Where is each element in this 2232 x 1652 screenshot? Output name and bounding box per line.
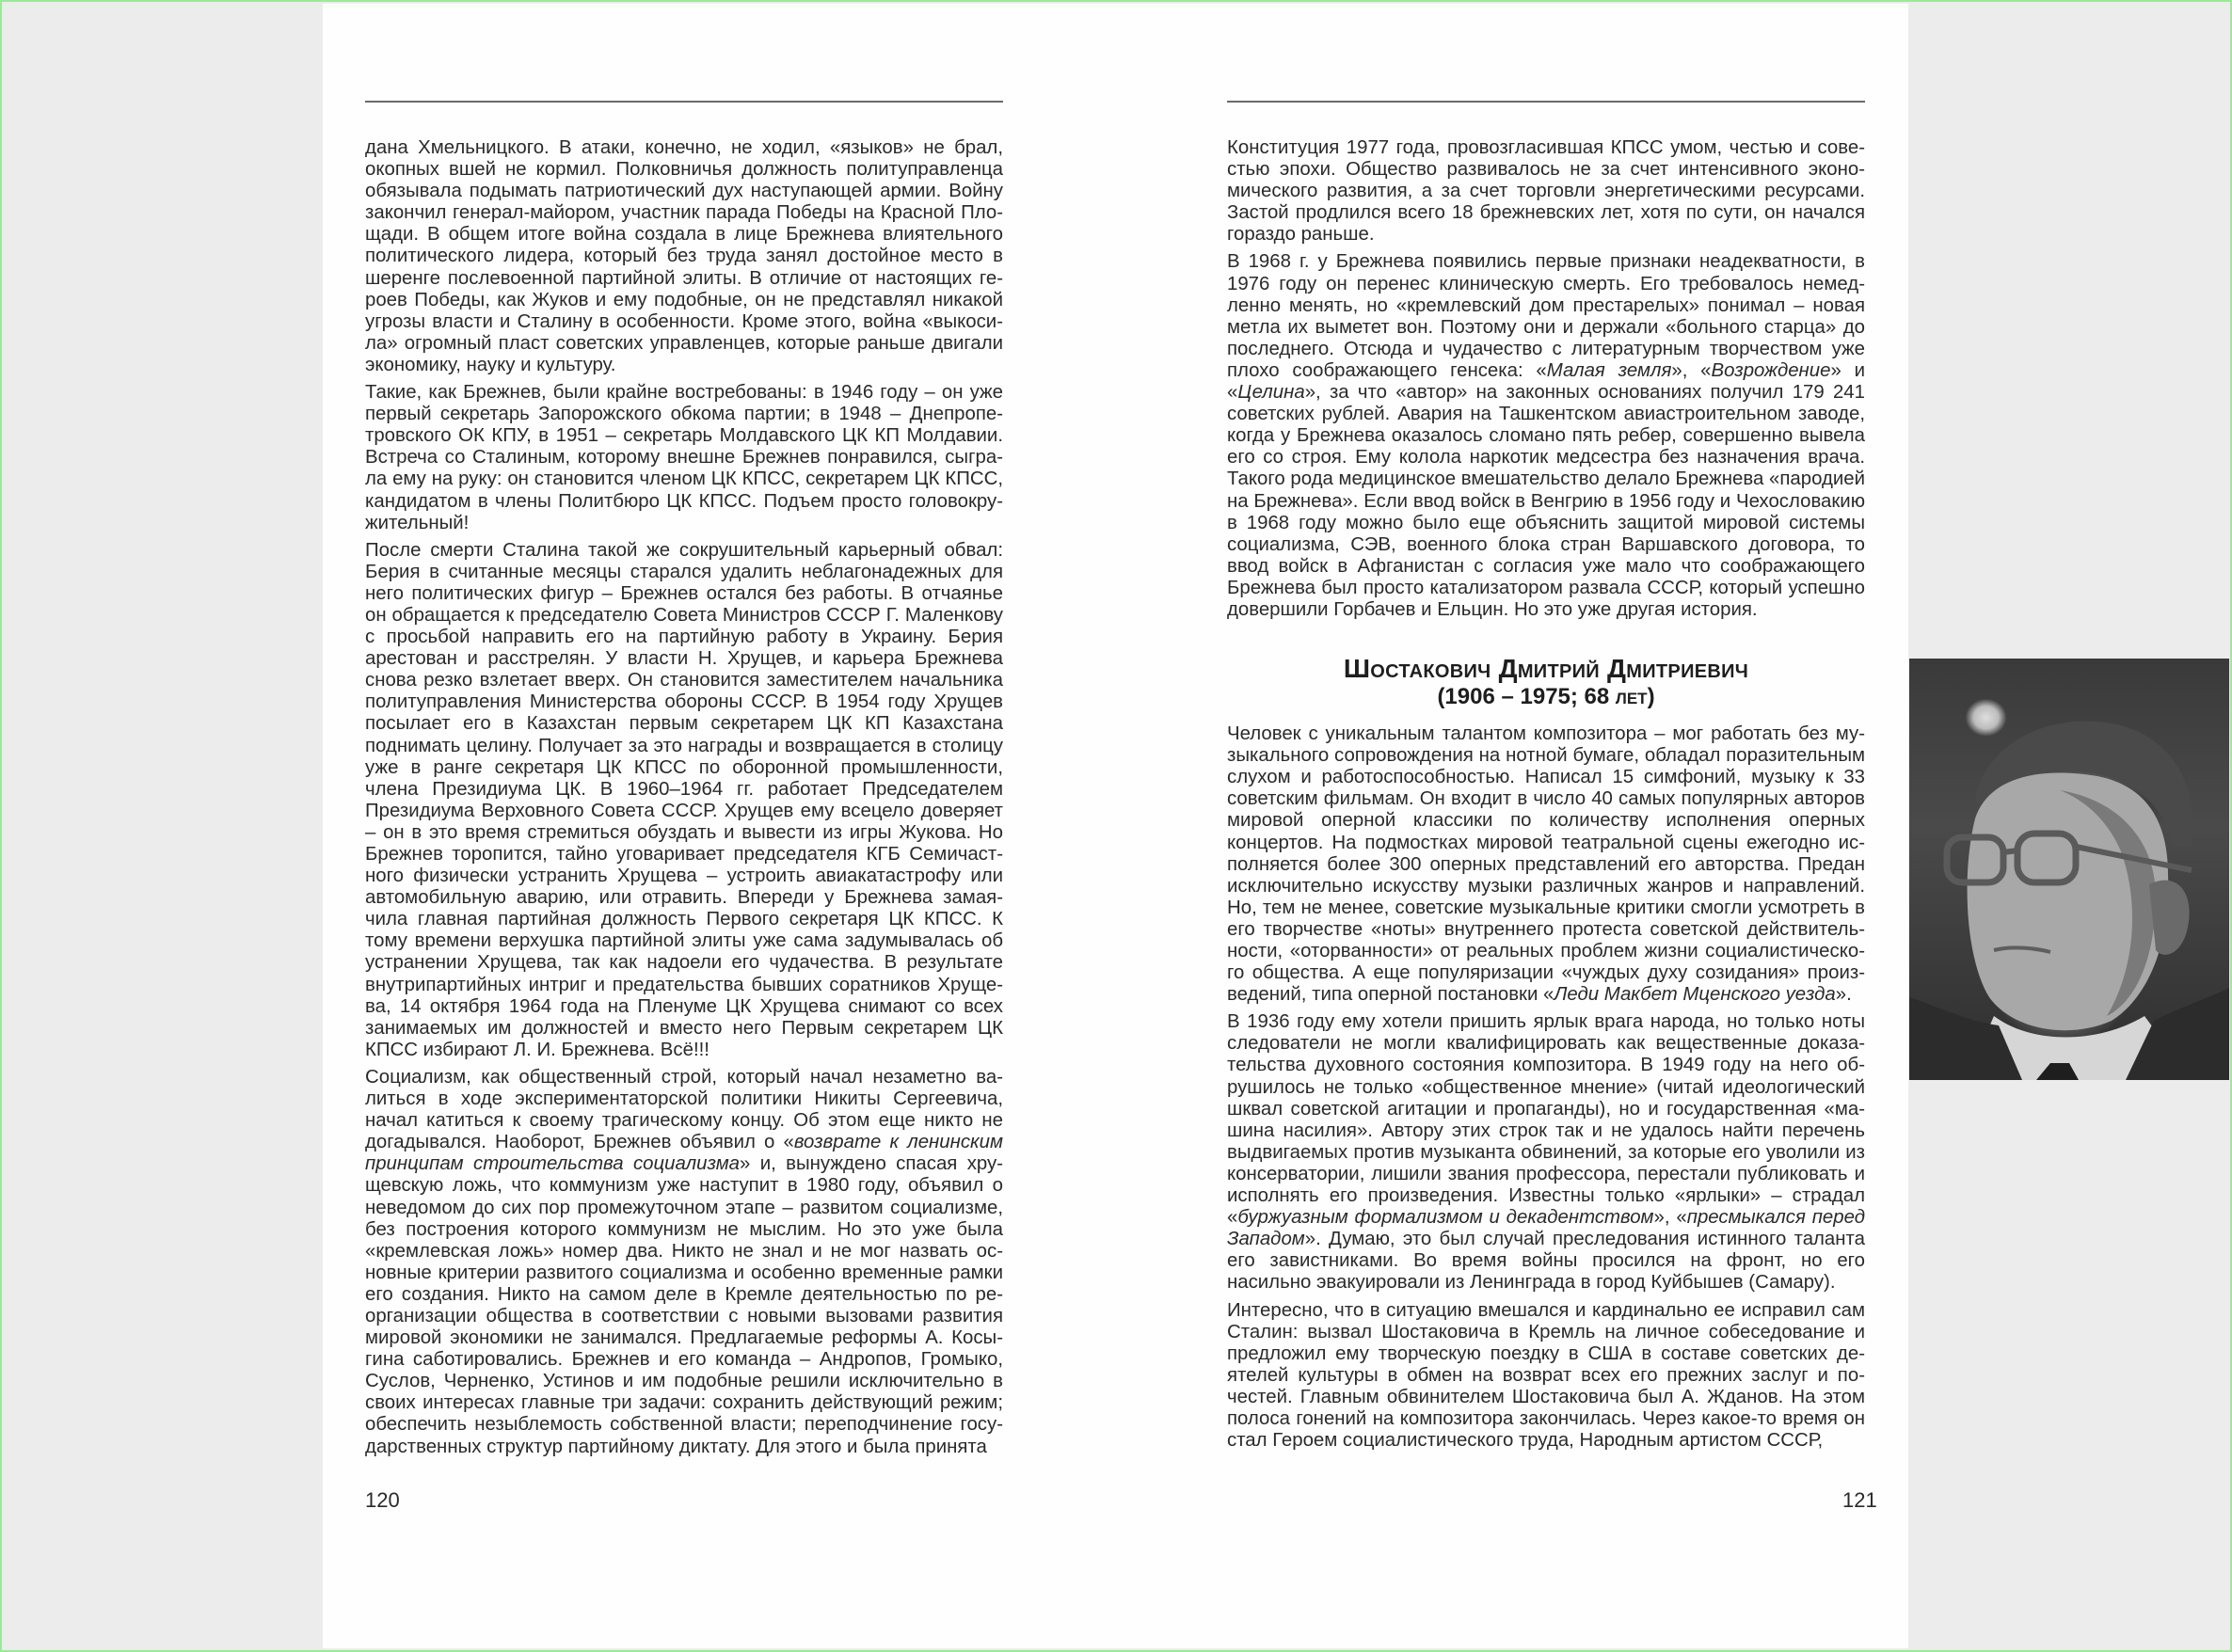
paragraph: Интересно, что в ситуацию вмешался и кар… [1227, 1300, 1865, 1453]
left-page-text: дана Хмельницкого. В атаки, конечно, не … [365, 137, 1003, 1464]
paragraph: В 1936 году ему хотели пришить ярлык вра… [1227, 1011, 1865, 1294]
portrait-illustration-icon [1909, 659, 2229, 1080]
paragraph: дана Хмельницкого. В атаки, конечно, не … [365, 137, 1003, 376]
portrait-photo [1909, 659, 2229, 1080]
right-page-header-rule [1227, 101, 1865, 103]
paragraph: Конституция 1977 года, провозгласившая К… [1227, 137, 1865, 246]
right-page-text: Конституция 1977 года, провозгласившая К… [1227, 137, 1865, 1457]
left-page-number: 120 [365, 1488, 400, 1513]
paragraph: Человек с уникальным талантом композитор… [1227, 723, 1865, 1006]
paragraph: После смерти Сталина такой же сокрушител… [365, 540, 1003, 1061]
book-spread: дана Хмельницкого. В атаки, конечно, не … [323, 4, 1908, 1648]
paragraph: В 1968 г. у Брежнева появились первые пр… [1227, 251, 1865, 621]
bio-heading: Шостакович Дмитрий Дмитриевич (1906 – 19… [1227, 654, 1865, 710]
bio-name: Шостакович Дмитрий Дмитриевич [1227, 654, 1865, 684]
left-page-header-rule [365, 101, 1003, 103]
bio-dates: (1906 – 1975; 68 лет) [1227, 684, 1865, 710]
right-page-number: 121 [1842, 1488, 1877, 1513]
paragraph: Социализм, как общественный строй, котор… [365, 1067, 1003, 1458]
paragraph: Такие, как Брежнев, были крайне востребо… [365, 382, 1003, 534]
